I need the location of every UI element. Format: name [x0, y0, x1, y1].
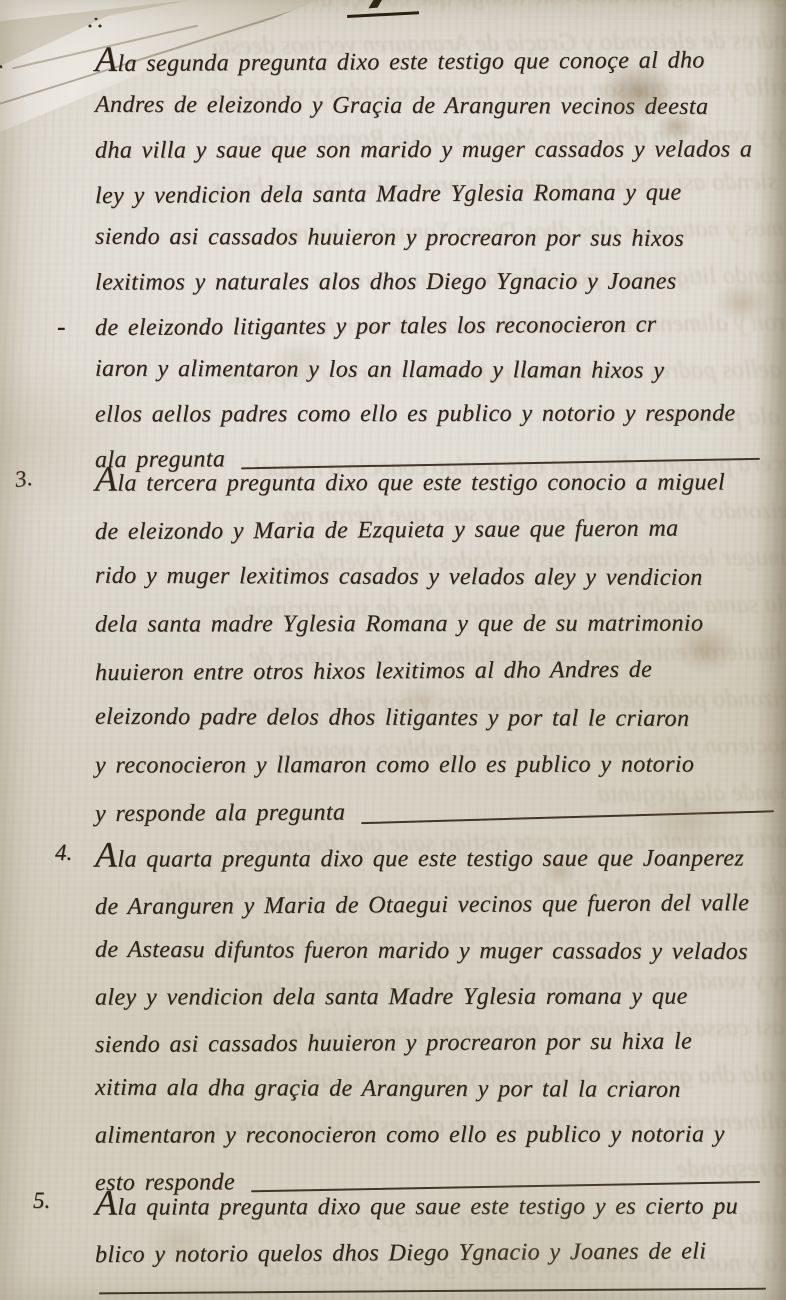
text-line: xitima ala dha graçia de Aranguren y por…	[95, 1065, 786, 1113]
text-line: aley y vendicion dela santa Madre Yglesi…	[95, 973, 786, 1020]
text-line: lexitimos y naturales alos dhos Diego Yg…	[95, 259, 786, 304]
paragraph-end-text: y responde ala pregunta	[95, 790, 346, 839]
text-line: de Aranguren y Maria de Otaegui vecinos …	[95, 880, 786, 930]
margin-number: 3.	[13, 465, 34, 493]
text-line: iaron y alimentaron y los an llamado y l…	[95, 347, 786, 393]
text-line: rido y muger lexitimos casados y velados…	[95, 553, 786, 602]
text-line: eleizondo padre delos dhos litigantes y …	[95, 694, 786, 743]
text-line: ley y vendicion dela santa Madre Yglesia…	[95, 170, 786, 218]
manuscript-page: Ala segunda pregunta dixo este testigo q…	[0, 0, 786, 1300]
text-line: de eleizondo litigantes y por tales los …	[95, 302, 786, 350]
paragraph-5: 5. Ala quinta pregunta dixo que saue est…	[95, 1184, 786, 1292]
margin-dash: -	[57, 312, 66, 342]
text-line: siendo asi cassados huuieron y procrearo…	[95, 215, 786, 261]
text-line: Ala tercera pregunta dixo que este testi…	[95, 459, 786, 507]
margin-number: 5.	[33, 1188, 50, 1214]
text-line: blico y notorio quelos dhos Diego Ygnaci…	[95, 1228, 786, 1278]
text-line: de eleizondo y Maria de Ezquieta y saue …	[95, 505, 786, 556]
text-line: Ala segunda pregunta dixo este testigo q…	[95, 38, 786, 86]
ink-tick-mark	[86, 16, 104, 30]
text-line: alimentaron y reconocieron como ello es …	[95, 1111, 786, 1158]
text-line: Ala quinta pregunta dixo que saue este t…	[95, 1183, 786, 1230]
paragraph-4: 4. Ala quarta pregunta dixo que este tes…	[95, 836, 786, 1204]
text-line: Ala quarta pregunta dixo que este testig…	[95, 835, 786, 882]
closing-rule-line	[99, 1288, 766, 1295]
text-line: dela santa madre Yglesia Romana y que de…	[95, 600, 786, 648]
text-line: y responde ala pregunta	[95, 787, 786, 838]
text-line: de Asteasu difuntos fueron marido y muge…	[95, 927, 786, 975]
margin-number: 4.	[55, 840, 72, 866]
text-line: dha villa y saue que son marido y muger …	[95, 127, 786, 172]
text-line: ellos aellos padres como ello es publico…	[95, 391, 786, 436]
text-line: Andres de eleizondo y Graçia de Arangure…	[95, 83, 786, 129]
text-line: y reconocieron y llamaron como ello es p…	[95, 741, 786, 789]
end-rule-line	[361, 811, 774, 825]
margin-number: 2.	[0, 48, 4, 74]
text-line: siendo asi cassados huuieron y procrearo…	[95, 1018, 786, 1068]
paragraph-3: 3. Ala tercera pregunta dixo que este te…	[95, 460, 786, 836]
text-line: huuieron entre otros hixos lexitimos al …	[95, 646, 786, 697]
text-column: 2. - Ala segunda pregunta dixo este test…	[0, 0, 786, 1300]
paragraph-2: 2. - Ala segunda pregunta dixo este test…	[95, 40, 786, 480]
